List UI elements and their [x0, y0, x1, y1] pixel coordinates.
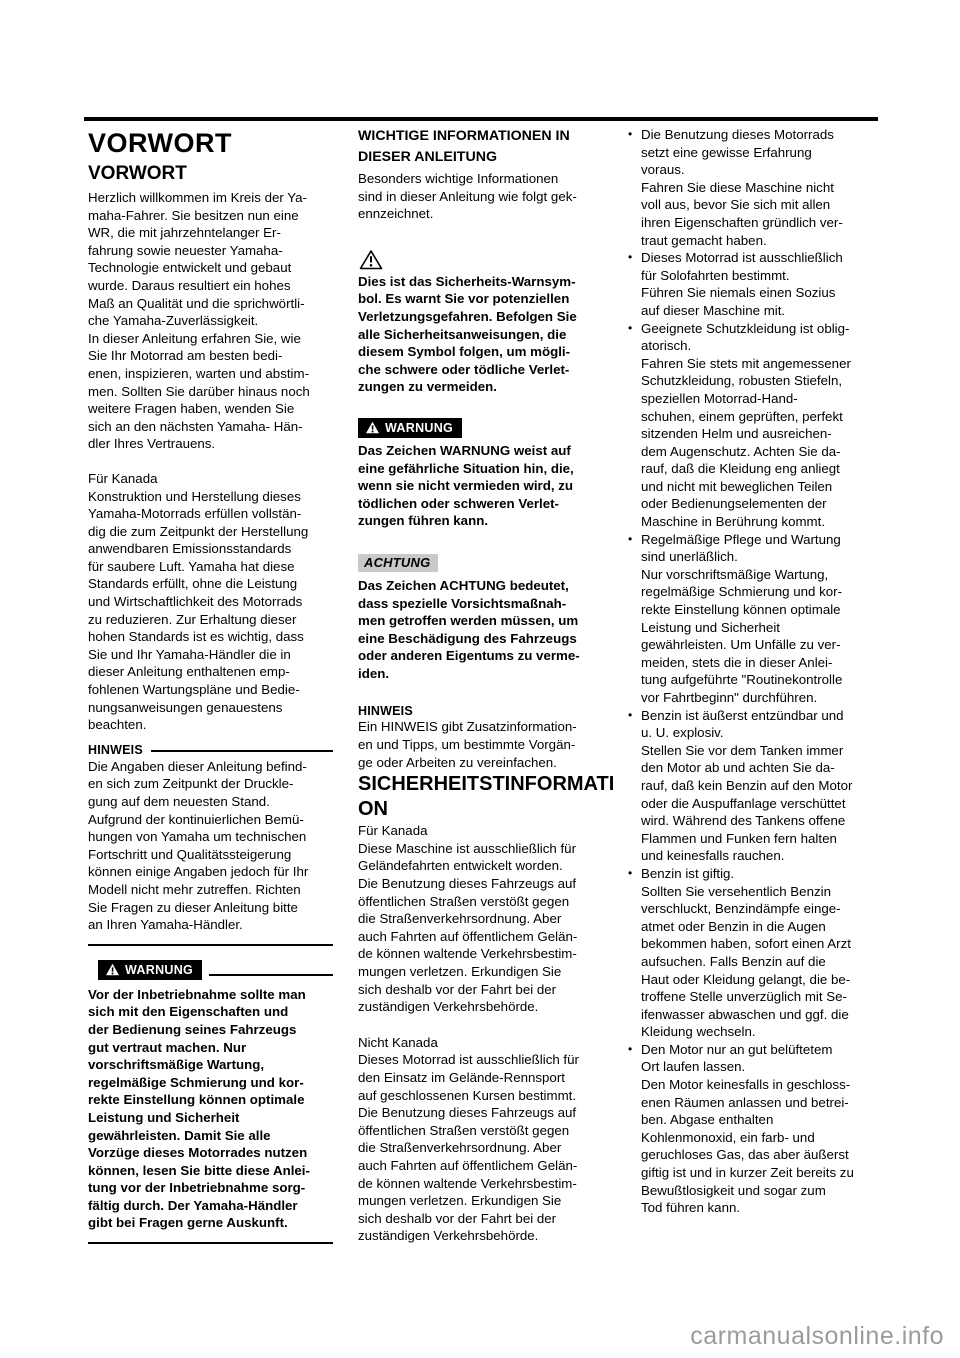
paragraph-nicht-kanada: Nicht Kanada Dieses Motorrad ist ausschl…: [358, 1034, 605, 1245]
warnung-header: WARNUNG: [358, 418, 605, 438]
paragraph-achtung-definition: Das Zeichen ACHTUNG bedeutet, dass spezi…: [358, 577, 605, 683]
warnung-badge: WARNUNG: [98, 960, 202, 980]
section-divider: [88, 944, 333, 946]
safety-alert-icon: [359, 249, 383, 270]
warning-triangle-icon: [105, 963, 120, 976]
page-title: VORWORT: [88, 128, 333, 159]
paragraph-intro: Besonders wichtige Informationen sind in…: [358, 170, 605, 223]
paragraph-safety-symbol: Dies ist das Sicherheits-Warnsym- bol. E…: [358, 273, 605, 396]
paragraph-warnung-definition: Das Zeichen WARNUNG weist auf eine gefäh…: [358, 442, 605, 530]
heading-wichtige-informationen: WICHTIGE INFORMATIONEN IN DIESER ANLEITU…: [358, 126, 605, 168]
hinweis-label: HINWEIS: [358, 704, 605, 718]
paragraph-warnung: Vor der Inbetriebnahme sollte man sich m…: [88, 986, 333, 1232]
warnung-badge-label: WARNUNG: [125, 963, 193, 977]
section-end-rule: [88, 1242, 333, 1244]
paragraph-hinweis-definition: Ein HINWEIS gibt Zusatzinformation- en u…: [358, 718, 605, 771]
column-3: Die Benutzung dieses Motorrads setzt ein…: [626, 126, 879, 1217]
warnung-badge-label: WARNUNG: [385, 421, 453, 435]
heading-sicherheitsinformation: SICHERHEITSTINFORMATI ON: [358, 772, 605, 821]
safety-bullet-list: Die Benutzung dieses Motorrads setzt ein…: [626, 126, 879, 1217]
list-item: Die Benutzung dieses Motorrads setzt ein…: [626, 126, 879, 249]
paragraph-fuer-kanada: Für Kanada Konstruktion und Herstellung …: [88, 470, 333, 734]
list-item: Regelmäßige Pflege und Wartung sind uner…: [626, 531, 879, 707]
achtung-badge: ACHTUNG: [358, 554, 438, 572]
warnung-header: WARNUNG: [98, 960, 333, 980]
top-rule: [84, 117, 878, 121]
hinweis-rule: [151, 750, 333, 752]
warning-triangle-icon: [365, 421, 380, 434]
list-item: Benzin ist äußerst entzündbar und u. U. …: [626, 707, 879, 865]
paragraph-welcome: Herzlich willkommen im Kreis der Ya- mah…: [88, 189, 333, 453]
list-item: Dieses Motorrad ist ausschließlich für S…: [626, 249, 879, 319]
manual-page: VORWORT VORWORT Herzlich willkommen im K…: [0, 0, 960, 1358]
watermark: carmanualsonline.info: [690, 1322, 944, 1351]
section-title-vorwort: VORWORT: [88, 162, 333, 185]
column-1: VORWORT VORWORT Herzlich willkommen im K…: [88, 126, 333, 1244]
warnung-rule: [209, 974, 333, 976]
hinweis-label: HINWEIS: [88, 743, 143, 757]
paragraph-fuer-kanada: Für Kanada Diese Maschine ist ausschließ…: [358, 822, 605, 1016]
list-item: Den Motor nur an gut belüftetem Ort lauf…: [626, 1041, 879, 1217]
hinweis-header: HINWEIS: [88, 743, 333, 757]
paragraph-hinweis: Die Angaben dieser Anleitung befind- en …: [88, 758, 333, 934]
warnung-badge: WARNUNG: [358, 418, 462, 438]
list-item: Benzin ist giftig. Sollten Sie versehent…: [626, 865, 879, 1041]
list-item: Geeignete Schutzkleidung ist oblig- ator…: [626, 320, 879, 531]
column-2: WICHTIGE INFORMATIONEN IN DIESER ANLEITU…: [358, 126, 605, 1245]
